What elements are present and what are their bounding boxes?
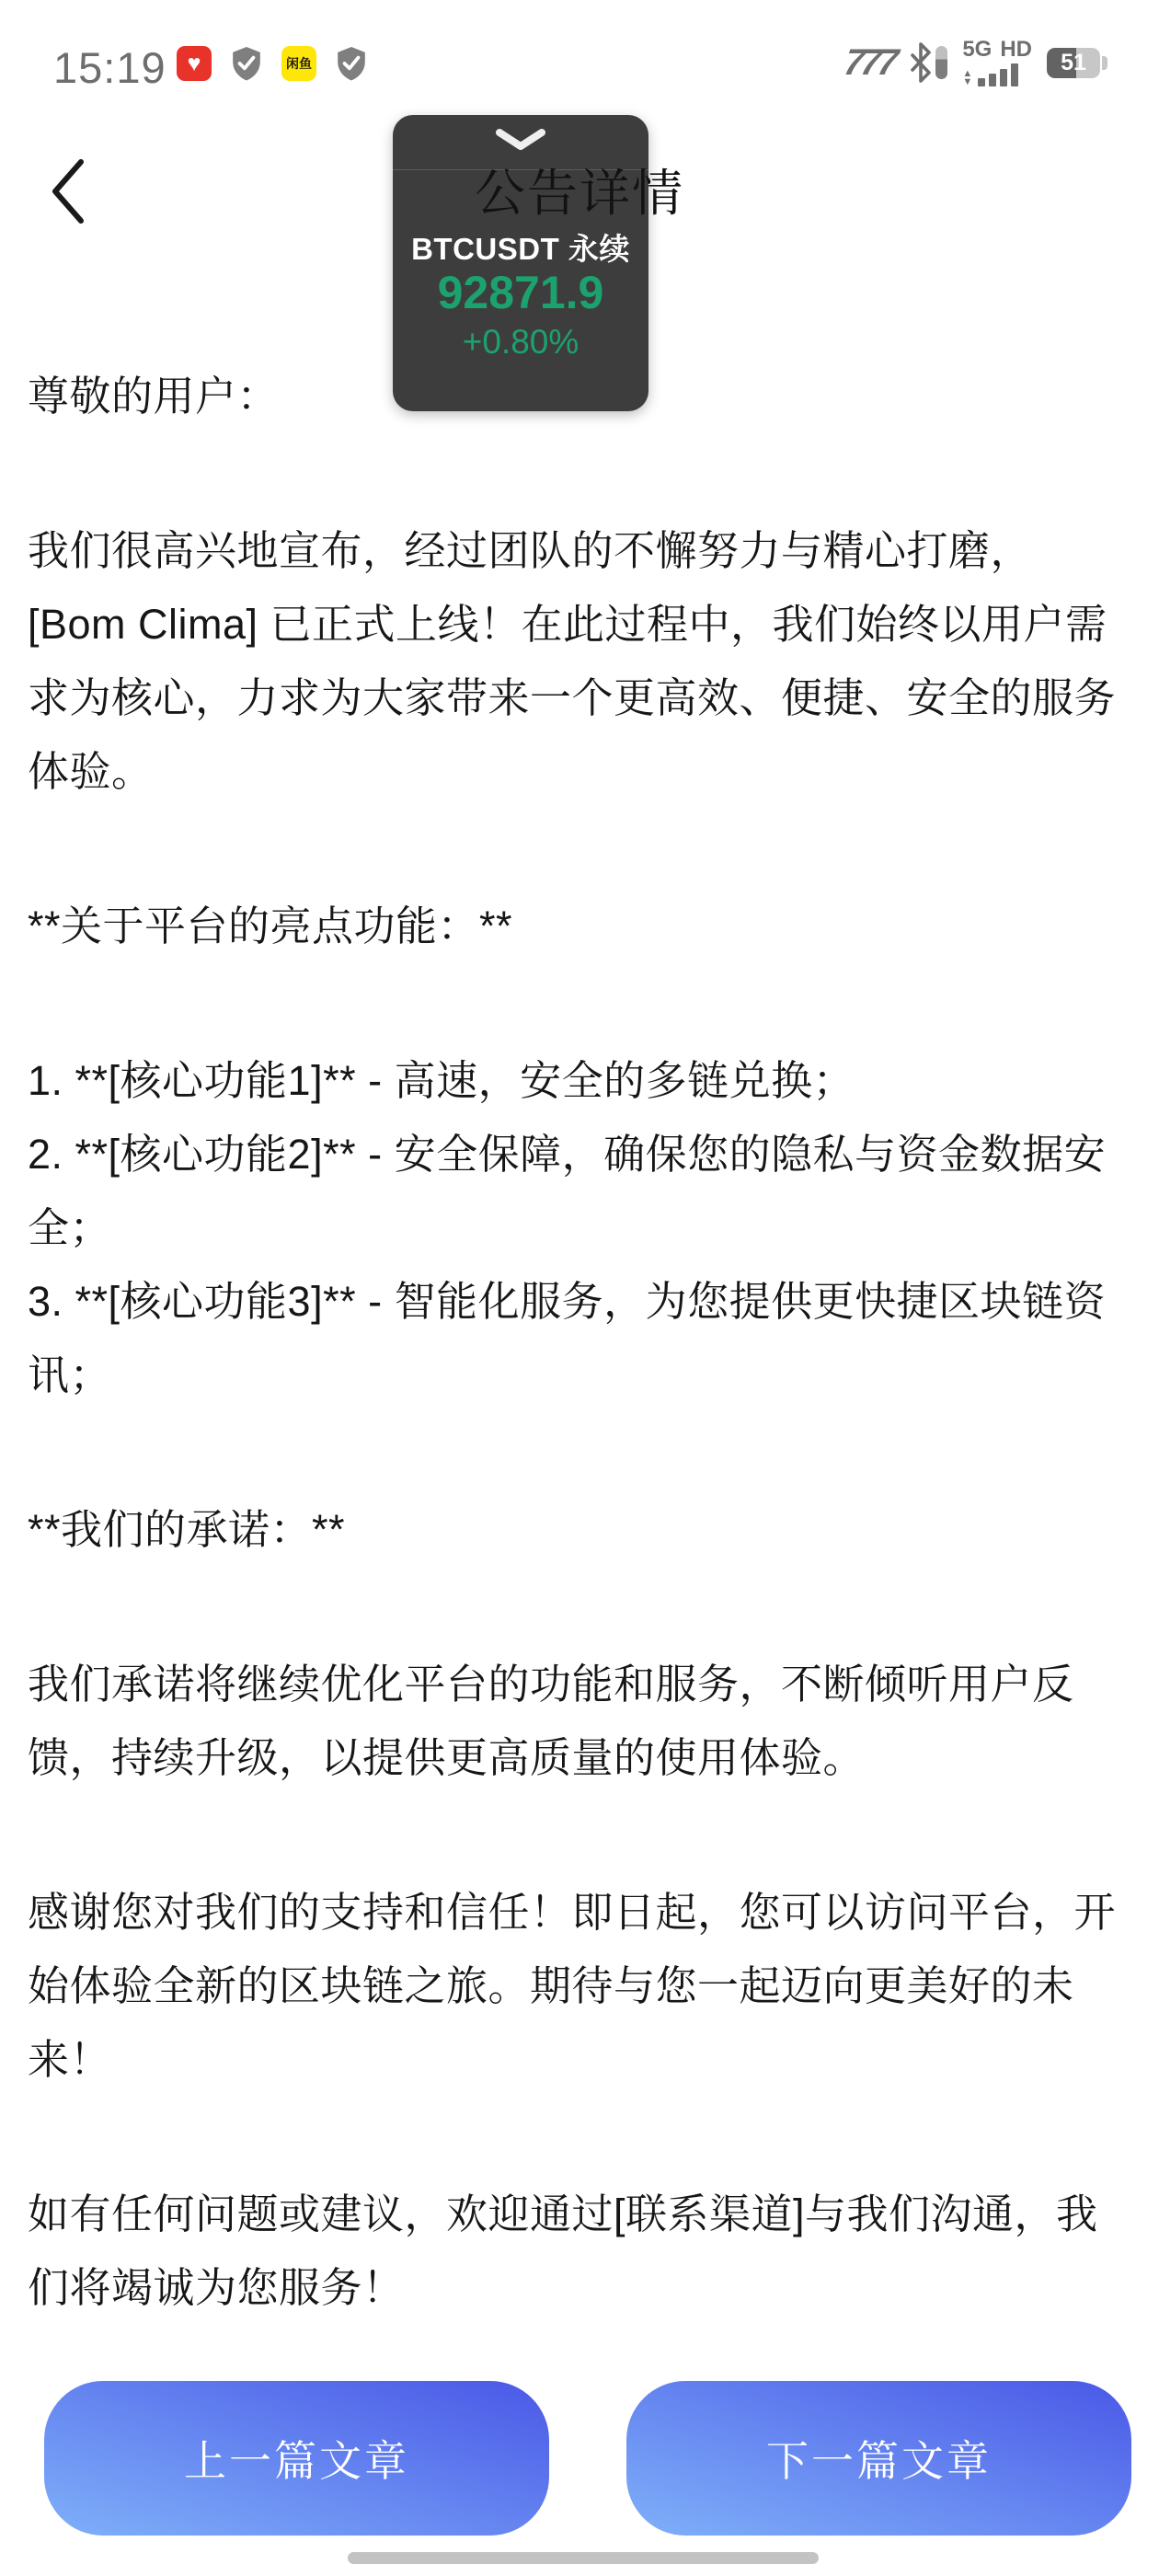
ticker-price: 92871.9 (393, 266, 648, 319)
page-title: 公告详情 (0, 153, 1159, 225)
paragraph: 我们很高兴地宣布，经过团队的不懈努力与精心打磨， [Bom Clima] 已正式… (28, 514, 1133, 809)
heart-app-icon: ♥ (177, 46, 212, 81)
battery-icon: 51 (1047, 48, 1107, 78)
paragraph: 1. **[核心功能1]** - 高速，安全的多链兑换； 2. **[核心功能2… (28, 1044, 1133, 1412)
chevron-down-icon[interactable] (494, 128, 547, 152)
announcement-body: 尊敬的用户：我们很高兴地宣布，经过团队的不懈努力与精心打磨， [Bom Clim… (28, 360, 1133, 2406)
chevron-left-icon (46, 155, 90, 228)
notification-icons: ♥ 闲鱼 (177, 44, 368, 83)
back-button[interactable] (46, 155, 90, 228)
xianyu-app-icon: 闲鱼 (281, 46, 316, 81)
data-arrows-icon: ▲▼ (962, 70, 972, 86)
signal-bar-icon (989, 74, 996, 86)
shield-check-icon (230, 44, 263, 83)
hd-label: HD (1000, 39, 1032, 61)
ticker-change: +0.80% (393, 323, 648, 362)
paragraph: **关于平台的亮点功能：** (28, 890, 1133, 963)
network-speed-icon: 777 (838, 44, 901, 81)
paragraph: **我们的承诺：** (28, 1493, 1133, 1567)
status-time: 15:19 (53, 42, 166, 93)
ticker-symbol: BTCUSDT 永续 (393, 225, 648, 269)
bluetooth-icon (909, 42, 947, 83)
paragraph: 感谢您对我们的支持和信任！即日起，您可以访问平台，开 始体验全新的区块链之旅。期… (28, 1876, 1133, 2097)
shield-check-icon (335, 44, 368, 83)
status-right-cluster: 777 5G HD ▲▼ 51 (844, 39, 1107, 86)
battery-percent: 51 (1061, 52, 1086, 75)
network-type-label: 5G (962, 39, 992, 61)
signal-bar-icon (1011, 63, 1018, 86)
home-indicator-bar[interactable] (348, 2552, 819, 2564)
signal-bar-icon (1000, 69, 1007, 86)
paragraph: 我们承诺将继续优化平台的功能和服务，不断倾听用户反 馈，持续升级，以提供更高质量… (28, 1648, 1133, 1795)
paragraph: 如有任何问题或建议，欢迎通过[联系渠道]与我们沟通，我 们将竭诚为您服务！ (28, 2178, 1133, 2325)
bluetooth-battery-icon (935, 46, 947, 79)
signal-block: 5G HD ▲▼ (962, 39, 1032, 86)
signal-bar-icon (978, 78, 985, 86)
